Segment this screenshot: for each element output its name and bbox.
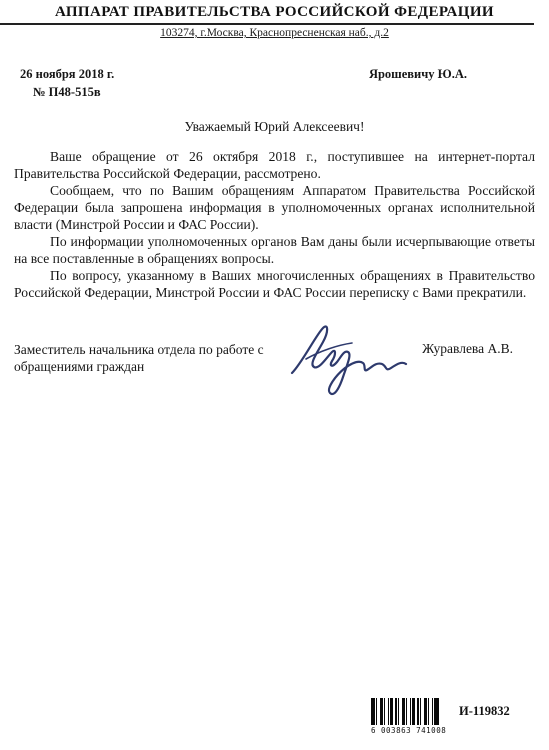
barcode: 6 003863 741008 — [371, 698, 441, 735]
paragraph-2: Сообщаем, что по Вашим обращениям Аппара… — [14, 182, 535, 233]
org-title: АППАРАТ ПРАВИТЕЛЬСТВА РОССИЙСКОЙ ФЕДЕРАЦ… — [0, 0, 549, 21]
paragraph-4: По вопросу, указанному в Ваших многочисл… — [14, 267, 535, 301]
letter-number: № П48-515в — [20, 85, 114, 100]
barcode-bars-icon — [371, 698, 439, 725]
org-address: 103274, г.Москва, Краснопресненская наб.… — [0, 27, 549, 39]
addressee: Ярошевичу Ю.А. — [369, 67, 467, 82]
footer-zone: 6 003863 741008 И-119832 — [0, 694, 549, 750]
barcode-digits: 6 003863 741008 — [371, 726, 441, 735]
signature-block: Заместитель начальника отдела по работе … — [14, 341, 535, 375]
date-number-block: 26 ноября 2018 г. № П48-515в — [20, 67, 114, 100]
paragraph-1: Ваше обращение от 26 октября 2018 г., по… — [14, 148, 535, 182]
letter-date: 26 ноября 2018 г. — [20, 67, 114, 82]
document-code: И-119832 — [459, 704, 510, 719]
salutation: Уважаемый Юрий Алексеевич! — [0, 119, 549, 135]
meta-row: 26 ноября 2018 г. № П48-515в Ярошевичу Ю… — [0, 67, 549, 100]
signer-position: Заместитель начальника отдела по работе … — [14, 341, 294, 375]
letter-body: Ваше обращение от 26 октября 2018 г., по… — [14, 148, 535, 301]
paragraph-3: По информации уполномоченных органов Вам… — [14, 233, 535, 267]
letter-document: АППАРАТ ПРАВИТЕЛЬСТВА РОССИЙСКОЙ ФЕДЕРАЦ… — [0, 0, 549, 750]
signer-name: Журавлева А.В. — [422, 341, 535, 357]
handwritten-signature-icon — [286, 315, 410, 399]
header-divider — [0, 23, 534, 25]
